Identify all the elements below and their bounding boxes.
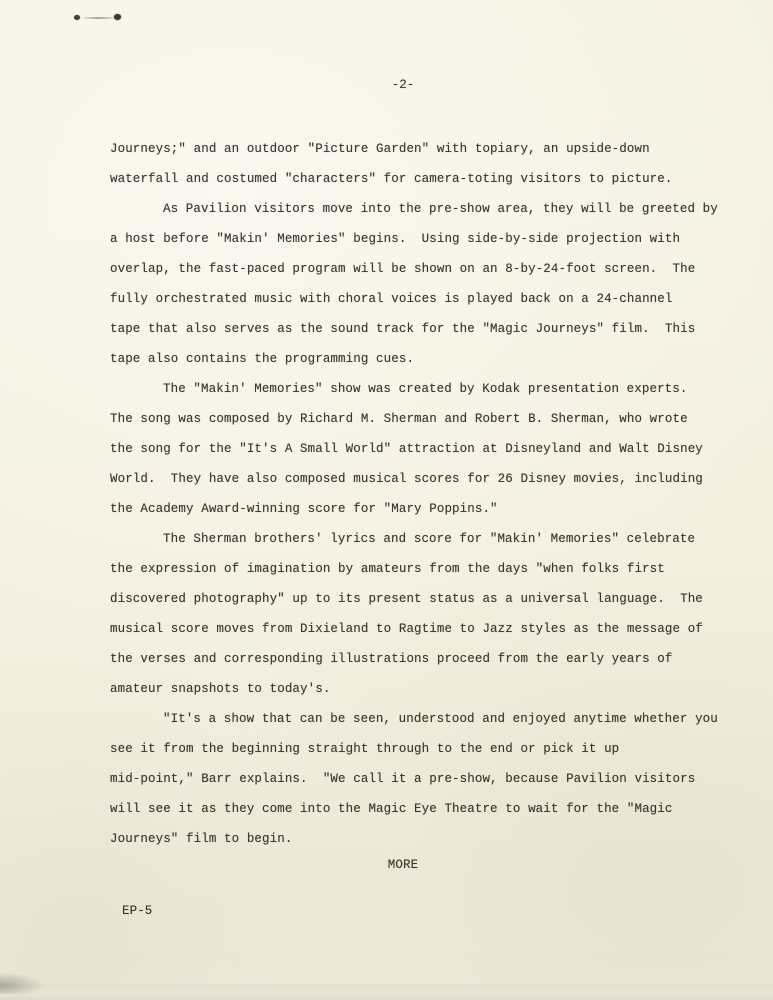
paragraph: Journeys;" and an outdoor "Picture Garde…	[110, 134, 710, 194]
typed-line: overlap, the fast-paced program will be …	[110, 254, 710, 284]
typed-line: Journeys;" and an outdoor "Picture Garde…	[110, 134, 710, 164]
typed-line: discovered photography" up to its presen…	[110, 584, 710, 614]
corner-smudge-mark	[0, 972, 46, 994]
typed-line: the song for the "It's A Small World" at…	[110, 434, 710, 464]
ink-dash-mark	[83, 17, 113, 19]
typed-line: mid-point," Barr explains. "We call it a…	[110, 764, 710, 794]
typed-line: a host before "Makin' Memories" begins. …	[110, 224, 710, 254]
typed-line: tape that also serves as the sound track…	[110, 314, 710, 344]
ink-dot-icon	[74, 15, 80, 20]
typed-line: amateur snapshots to today's.	[110, 674, 710, 704]
paragraph: The "Makin' Memories" show was created b…	[110, 374, 710, 524]
typed-line: the verses and corresponding illustratio…	[110, 644, 710, 674]
footer-code: EP-5	[122, 896, 152, 926]
typed-line: the expression of imagination by amateur…	[110, 554, 710, 584]
typed-line: "It's a show that can be seen, understoo…	[110, 704, 710, 734]
typed-line: The "Makin' Memories" show was created b…	[110, 374, 710, 404]
typed-line: The song was composed by Richard M. Sher…	[110, 404, 710, 434]
paragraph: As Pavilion visitors move into the pre-s…	[110, 194, 710, 374]
typed-line: musical score moves from Dixieland to Ra…	[110, 614, 710, 644]
scan-bed-edge	[0, 984, 773, 1000]
paragraph: The Sherman brothers' lyrics and score f…	[110, 524, 710, 704]
typed-line: fully orchestrated music with choral voi…	[110, 284, 710, 314]
typed-line: the Academy Award-winning score for "Mar…	[110, 494, 710, 524]
typed-line: will see it as they come into the Magic …	[110, 794, 710, 824]
typed-line: World. They have also composed musical s…	[110, 464, 710, 494]
scanned-page: -2- Journeys;" and an outdoor "Picture G…	[0, 0, 773, 986]
more-marker: MORE	[110, 850, 696, 880]
paragraph: "It's a show that can be seen, understoo…	[110, 704, 710, 854]
page-number: -2-	[110, 78, 696, 92]
document-body: Journeys;" and an outdoor "Picture Garde…	[110, 134, 710, 854]
ink-dot-icon	[114, 14, 121, 20]
typed-line: waterfall and costumed "characters" for …	[110, 164, 710, 194]
typed-line: The Sherman brothers' lyrics and score f…	[110, 524, 710, 554]
typed-line: As Pavilion visitors move into the pre-s…	[110, 194, 710, 224]
typed-line: tape also contains the programming cues.	[110, 344, 710, 374]
pen-marks	[74, 12, 126, 24]
typed-line: see it from the beginning straight throu…	[110, 734, 710, 764]
